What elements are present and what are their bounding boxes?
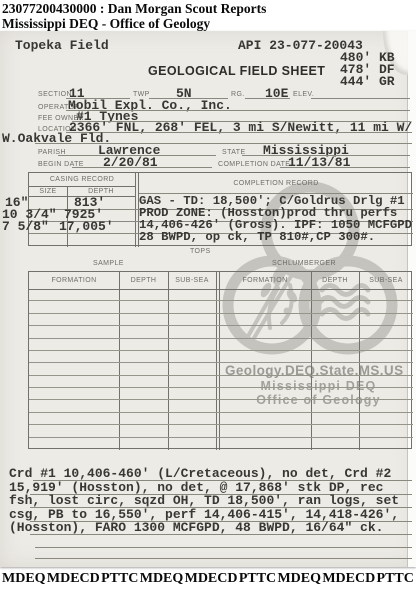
footer-item: MDEQ [277, 571, 321, 587]
location-overflow-rule [35, 143, 412, 144]
tops-sample-formation-header: FORMATION [29, 277, 119, 284]
casing-depth-header: DEPTH [67, 188, 135, 195]
casing-depth-3: 17,005' [59, 220, 114, 233]
casing-size-header: SIZE [29, 188, 67, 195]
section-label: SECTION [38, 91, 72, 98]
tops-sample-depth-header: DEPTH [119, 277, 168, 284]
tops-empty-row [29, 301, 413, 313]
scanned-field-sheet: Geology.DEQ.State.MS.US Mississippi DEQ … [0, 31, 416, 567]
footer-item: PTTC [239, 571, 276, 587]
tops-empty-row [29, 339, 413, 351]
rg-rule [245, 98, 290, 99]
note-rule-empty-1 [35, 547, 412, 548]
elev-label: ELEV. [293, 91, 314, 98]
tops-rows [29, 289, 413, 450]
casing-record-title: CASING RECORD [29, 176, 135, 183]
tops-empty-row [29, 425, 413, 437]
twp-label: TWP [133, 91, 150, 98]
elevation-gr: 444' GR [340, 75, 395, 88]
tops-empty-row [29, 388, 413, 400]
footer-item: PTTC [101, 571, 138, 587]
field-name: Topeka Field [15, 39, 109, 52]
tops-schl-formation-header: FORMATION [219, 277, 311, 284]
schlumberger-label: SCHLUMBERGER [272, 260, 336, 267]
note-line-5: (Hosston), FARO 1300 MCFGPD, 48 BWPD, 16… [9, 521, 383, 534]
rg-label: RG. [231, 91, 245, 98]
report-source: Mississippi DEQ - Office of Geology [2, 16, 210, 32]
footer-item: MDECD [185, 571, 238, 587]
note-line-1: Crd #1 10,406-460' (L/Cretaceous), no de… [9, 467, 391, 480]
footer-strip: MDEQ MDECD PTTC MDEQ MDECD PTTC MDEQ MDE… [0, 571, 416, 587]
footer-item: MDECD [47, 571, 100, 587]
completion-record-title: COMPLETION RECORD [139, 180, 413, 187]
tops-empty-row [29, 376, 413, 388]
note-rule-5 [30, 534, 412, 535]
tops-empty-row [29, 363, 413, 375]
footer-item: PTTC [377, 571, 414, 587]
tops-empty-row [29, 351, 413, 363]
tops-empty-row [29, 326, 413, 338]
tops-schl-subsea-header: SUB-SEA [359, 277, 413, 284]
sample-label: SAMPLE [93, 260, 124, 267]
completion-line-4: 28 BWPD, op ck, TP 810#,CP 300#. [139, 231, 375, 243]
tops-schl-depth-header: DEPTH [311, 277, 359, 284]
footer-item: MDECD [322, 571, 375, 587]
location-rule [66, 132, 412, 133]
casing-title-rule [29, 186, 135, 187]
completion-date-rule [280, 167, 410, 168]
note-line-3: fsh, lost circ, sqzd OH, TD 18,500', ran… [9, 494, 399, 507]
tops-empty-row [29, 413, 413, 425]
footer-item: MDEQ [2, 571, 46, 587]
tops-empty-row [29, 438, 413, 450]
elev-rule [311, 98, 410, 99]
tops-empty-row [29, 289, 413, 301]
tops-title: TOPS [190, 248, 211, 255]
tops-table: FORMATION DEPTH SUB-SEA FORMATION DEPTH … [28, 271, 412, 449]
tops-sample-subsea-header: SUB-SEA [168, 277, 216, 284]
casing-size-3: 7 5/8" [2, 220, 49, 233]
begin-date-rule [72, 167, 212, 168]
note-rule-empty-2 [35, 558, 412, 559]
footer-item: MDEQ [140, 571, 184, 587]
tops-empty-row [29, 400, 413, 412]
report-title: 23077200430000 : Dan Morgan Scout Report… [2, 1, 266, 17]
tops-empty-row [29, 314, 413, 326]
sheet-title: GEOLOGICAL FIELD SHEET [148, 64, 325, 78]
table-divider-outer [135, 173, 136, 247]
